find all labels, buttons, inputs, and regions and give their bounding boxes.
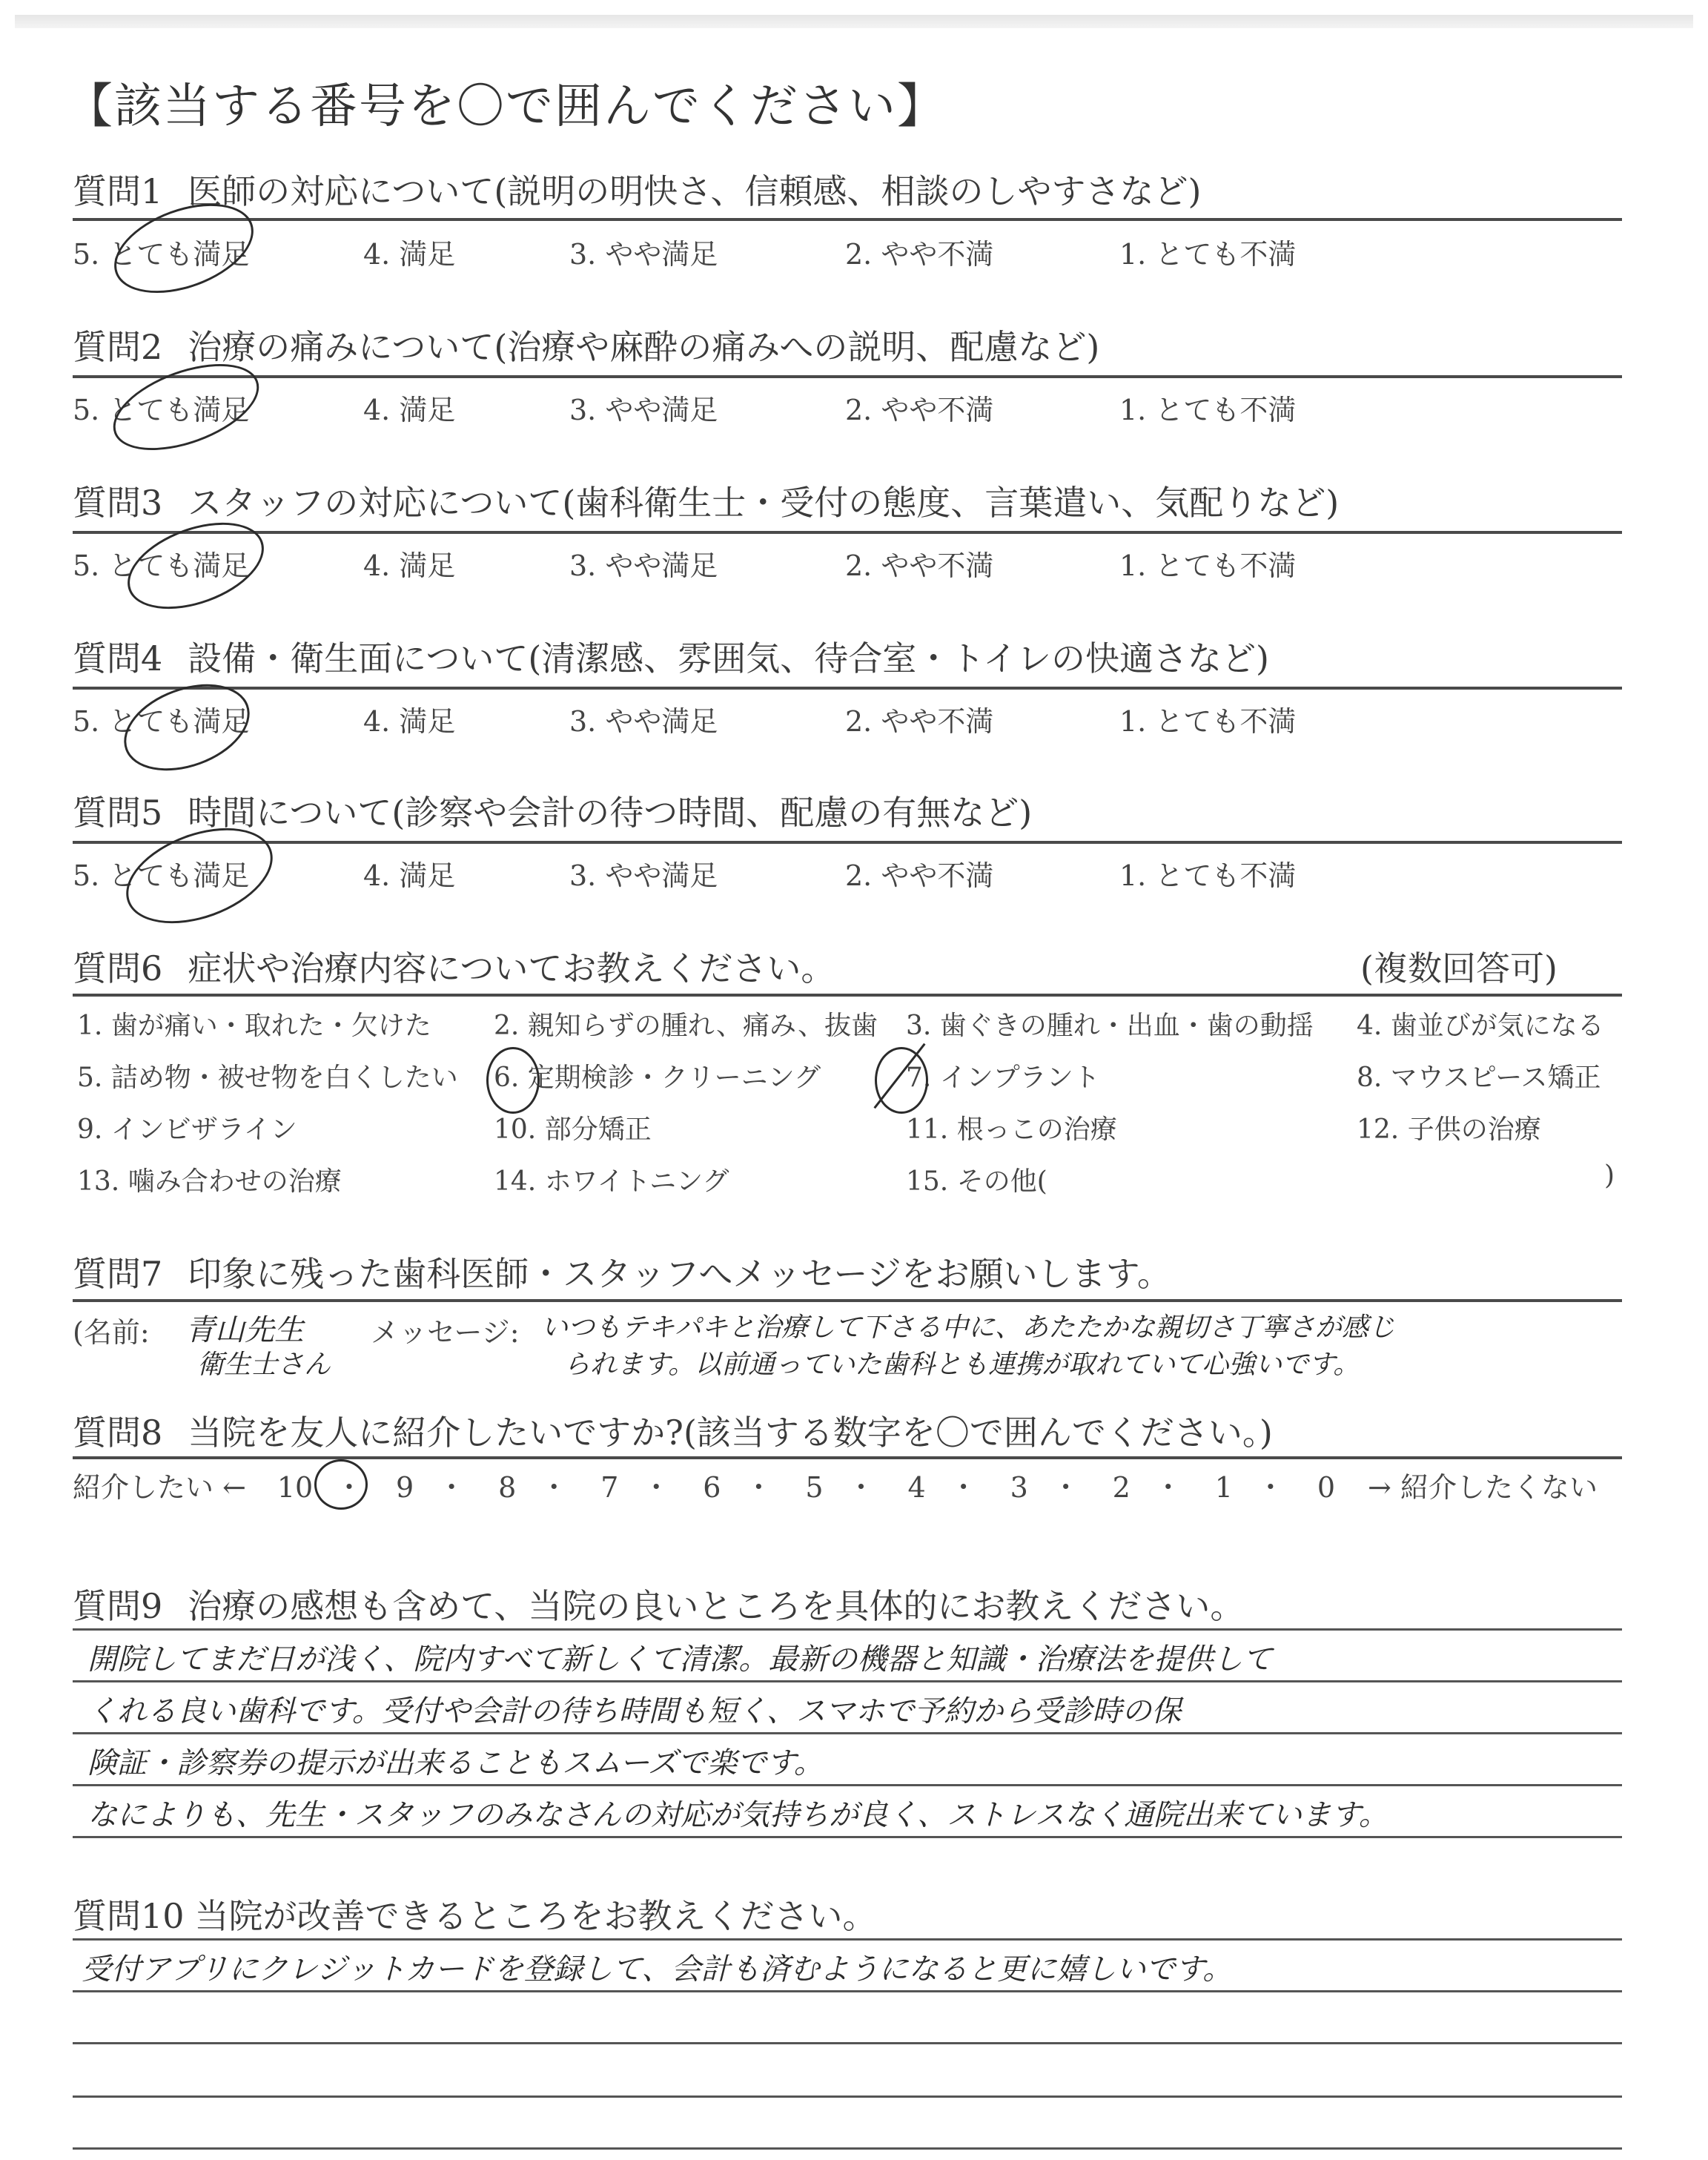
option-2-somewhat-dissatisfied[interactable]: 2. やや不満: [845, 698, 993, 739]
message-line-1: いつもテキパキと治療して下さる中に、あたたかな親切さ丁寧さが感じ: [541, 1307, 1395, 1344]
separator-dot: ・: [1034, 1464, 1098, 1505]
question-8-heading: 質問8当院を友人に紹介したいですか?(該当する数字を〇で囲んでください。): [73, 1406, 1273, 1455]
symptom-option-7[interactable]: 7. インプラント: [906, 1057, 1100, 1094]
symptom-option-13[interactable]: 13. 噛み合わせの治療: [77, 1160, 342, 1198]
recommend-left-label: 紹介したい ←: [73, 1464, 246, 1505]
question-text: 治療の痛みについて(治療や麻酔の痛みへの説明、配慮など): [188, 327, 1099, 367]
scale-7[interactable]: 7: [595, 1471, 624, 1504]
separator-dot: ・: [1239, 1464, 1302, 1505]
divider: [73, 375, 1622, 378]
symptom-option-15-other[interactable]: 15. その他(: [906, 1160, 1047, 1198]
option-1-very-dissatisfied[interactable]: 1. とても不満: [1119, 698, 1296, 739]
question-text: 医師の対応について(説明の明快さ、信頼感、相談のしやすさなど): [188, 171, 1201, 211]
option-4-satisfied[interactable]: 4. 満足: [363, 698, 455, 739]
option-4-satisfied[interactable]: 4. 満足: [363, 543, 455, 584]
symptom-option-11[interactable]: 11. 根っこの治療: [906, 1109, 1117, 1146]
question-9-heading: 質問9治療の感想も含めて、当院の良いところを具体的にお教えください。: [73, 1579, 1244, 1628]
scale-5[interactable]: 5: [799, 1471, 829, 1504]
divider: [73, 531, 1622, 534]
option-3-somewhat-satisfied[interactable]: 3. やや満足: [569, 853, 718, 894]
question-5-heading: 質問5時間について(診察や会計の待つ時間、配慮の有無など): [73, 786, 1032, 835]
separator-dot: ・: [624, 1464, 688, 1505]
symptom-option-9[interactable]: 9. インビザライン: [77, 1109, 297, 1146]
symptom-option-10[interactable]: 10. 部分矯正: [494, 1109, 652, 1146]
option-5-very-satisfied[interactable]: 5. とても満足: [73, 387, 249, 428]
question-text: 当院が改善できるところをお教えください。: [195, 1896, 877, 1936]
question-number: 質問5: [73, 793, 162, 833]
symptom-option-3[interactable]: 3. 歯ぐきの腫れ・出血・歯の動揺: [906, 1005, 1314, 1043]
scale-8[interactable]: 8: [492, 1471, 522, 1504]
answer-line-4: なによりも、先生・スタッフのみなさんの対応が気持ちが良く、ストレスなく通院出来て…: [87, 1791, 1388, 1834]
symptom-option-6[interactable]: 6. 定期検診・クリーニング: [494, 1057, 821, 1094]
option-3-somewhat-satisfied[interactable]: 3. やや満足: [569, 387, 718, 428]
recommend-right-label: → 紹介したくない: [1368, 1464, 1598, 1505]
divider: [73, 218, 1622, 221]
question-number: 質問2: [73, 327, 162, 367]
option-3-somewhat-satisfied[interactable]: 3. やや満足: [569, 543, 718, 584]
option-5-very-satisfied[interactable]: 5. とても満足: [73, 698, 249, 739]
scale-6[interactable]: 6: [697, 1471, 726, 1504]
message-label-text: メッセージ:: [371, 1316, 520, 1349]
answer-line-1: 受付アプリにクレジットカードを登録して、会計も済むようになると更に嬉しいです。: [82, 1946, 1232, 1988]
recommend-scale: 紹介したい ← 10・ 9・ 8・ 7・ 6・ 5・ 4・ 3・ 2・ 1・ 0…: [73, 1464, 1598, 1505]
scale-10[interactable]: 10: [273, 1471, 317, 1504]
name-label-text: (名前:: [73, 1316, 150, 1349]
option-2-somewhat-dissatisfied[interactable]: 2. やや不満: [845, 543, 993, 584]
symptom-option-1[interactable]: 1. 歯が痛い・取れた・欠けた: [77, 1005, 431, 1043]
answer-line: [73, 2095, 1622, 2098]
scale-0[interactable]: 0: [1311, 1471, 1341, 1504]
answer-line: [73, 2042, 1622, 2044]
question-number: 質問7: [73, 1254, 162, 1294]
answer-line: [73, 1990, 1622, 1992]
answer-line-2: くれる良い歯科です。受付や会計の待ち時間も短く、スマホで予約から受診時の保: [87, 1688, 1181, 1730]
question-number: 質問8: [73, 1413, 162, 1453]
question-number: 質問10: [73, 1896, 185, 1936]
question-2-heading: 質問2治療の痛みについて(治療や麻酔の痛みへの説明、配慮など): [73, 320, 1099, 369]
separator-dot: ・: [829, 1464, 893, 1505]
multiple-answers-note: (複数回答可): [1360, 942, 1558, 991]
question-number: 質問3: [73, 483, 162, 523]
form-instruction-title: 【該当する番号を〇で囲んでください】: [65, 68, 946, 136]
question-1-heading: 質問1医師の対応について(説明の明快さ、信頼感、相談のしやすさなど): [73, 165, 1201, 214]
option-1-very-dissatisfied[interactable]: 1. とても不満: [1119, 853, 1296, 894]
separator-dot: ・: [932, 1464, 996, 1505]
option-3-somewhat-satisfied[interactable]: 3. やや満足: [569, 698, 718, 739]
divider: [73, 841, 1622, 844]
divider: [73, 687, 1622, 690]
option-2-somewhat-dissatisfied[interactable]: 2. やや不満: [845, 231, 993, 272]
separator-dot: ・: [420, 1464, 483, 1505]
symptom-option-2[interactable]: 2. 親知らずの腫れ、痛み、抜歯: [494, 1005, 878, 1043]
option-2-somewhat-dissatisfied[interactable]: 2. やや不満: [845, 387, 993, 428]
divider: [73, 1456, 1622, 1459]
answer-line: [73, 2147, 1622, 2150]
separator-dot: ・: [317, 1464, 381, 1505]
question-text: 時間について(診察や会計の待つ時間、配慮の有無など): [188, 793, 1032, 833]
option-4-satisfied[interactable]: 4. 満足: [363, 853, 455, 894]
message-line-2: られます。以前通っていた歯科とも連携が取れていて心強いです。: [563, 1344, 1360, 1381]
option-4-satisfied[interactable]: 4. 満足: [363, 231, 455, 272]
question-number: 質問1: [73, 171, 162, 211]
option-2-somewhat-dissatisfied[interactable]: 2. やや不満: [845, 853, 993, 894]
question-number: 質問6: [73, 948, 162, 988]
question-6-heading: 質問6症状や治療内容についてお教えください。: [73, 942, 835, 991]
question-10-heading: 質問10当院が改善できるところをお教えください。: [73, 1889, 877, 1938]
option-5-very-satisfied[interactable]: 5. とても満足: [73, 853, 249, 894]
symptom-option-14[interactable]: 14. ホワイトニング: [494, 1160, 729, 1198]
question-text: スタッフの対応について(歯科衛生士・受付の態度、言葉遣い、気配りなど): [188, 483, 1339, 523]
option-1-very-dissatisfied[interactable]: 1. とても不満: [1119, 387, 1296, 428]
option-3-somewhat-satisfied[interactable]: 3. やや満足: [569, 231, 718, 272]
question-number: 質問9: [73, 1586, 162, 1626]
option-4-satisfied[interactable]: 4. 満足: [363, 387, 455, 428]
staff-name-line-2: 衛生士さん: [197, 1344, 331, 1381]
option-5-very-satisfied[interactable]: 5. とても満足: [73, 543, 249, 584]
symptom-option-12[interactable]: 12. 子供の治療: [1357, 1109, 1541, 1146]
staff-name-line-1: 青山先生: [185, 1307, 304, 1349]
question-text: 治療の感想も含めて、当院の良いところを具体的にお教えください。: [188, 1586, 1244, 1626]
scale-1[interactable]: 1: [1209, 1471, 1239, 1504]
option-1-very-dissatisfied[interactable]: 1. とても不満: [1119, 543, 1296, 584]
symptom-option-5[interactable]: 5. 詰め物・被せ物を白くしたい: [77, 1057, 458, 1094]
answer-line: [73, 1784, 1622, 1786]
scale-3[interactable]: 3: [1004, 1471, 1034, 1504]
question-4-heading: 質問4設備・衛生面について(清潔感、雰囲気、待合室・トイレの快適さなど): [73, 632, 1269, 681]
divider: [73, 1299, 1622, 1302]
answer-line-1: 開院してまだ日が浅く、院内すべて新しくて清潔。最新の機器と知識・治療法を提供して: [87, 1636, 1272, 1678]
option-5-very-satisfied[interactable]: 5. とても満足: [73, 231, 249, 272]
answer-line: [73, 1680, 1622, 1682]
question-text: 設備・衛生面について(清潔感、雰囲気、待合室・トイレの快適さなど): [188, 638, 1269, 678]
answer-line-3: 険証・診察券の提示が出来ることもスムーズで楽です。: [87, 1740, 824, 1782]
name-label: (名前:: [73, 1309, 150, 1354]
separator-dot: ・: [726, 1464, 790, 1505]
question-3-heading: 質問3スタッフの対応について(歯科衛生士・受付の態度、言葉遣い、気配りなど): [73, 476, 1339, 525]
separator-dot: ・: [522, 1464, 586, 1505]
scale-9[interactable]: 9: [390, 1471, 420, 1504]
scan-top-edge: [15, 15, 1693, 28]
divider: [73, 994, 1622, 997]
answer-line: [73, 1732, 1622, 1734]
question-text: 印象に残った歯科医師・スタッフへメッセージをお願いします。: [188, 1254, 1171, 1294]
symptom-option-4[interactable]: 4. 歯並びが気になる: [1357, 1005, 1604, 1043]
message-label: メッセージ:: [371, 1309, 520, 1354]
answer-line: [73, 1836, 1622, 1838]
question-text: 症状や治療内容についてお教えください。: [188, 948, 835, 988]
scale-4[interactable]: 4: [902, 1471, 932, 1504]
separator-dot: ・: [1136, 1464, 1200, 1505]
answer-line: [73, 1628, 1622, 1631]
scale-2[interactable]: 2: [1107, 1471, 1136, 1504]
question-text: 当院を友人に紹介したいですか?(該当する数字を〇で囲んでください。): [188, 1413, 1273, 1453]
symptom-option-8[interactable]: 8. マウスピース矯正: [1357, 1057, 1601, 1094]
question-number: 質問4: [73, 638, 162, 678]
option-1-very-dissatisfied[interactable]: 1. とても不満: [1119, 231, 1296, 272]
answer-line: [73, 1938, 1622, 1941]
other-close-paren: ): [1604, 1160, 1615, 1191]
question-7-heading: 質問7印象に残った歯科医師・スタッフへメッセージをお願いします。: [73, 1247, 1171, 1296]
